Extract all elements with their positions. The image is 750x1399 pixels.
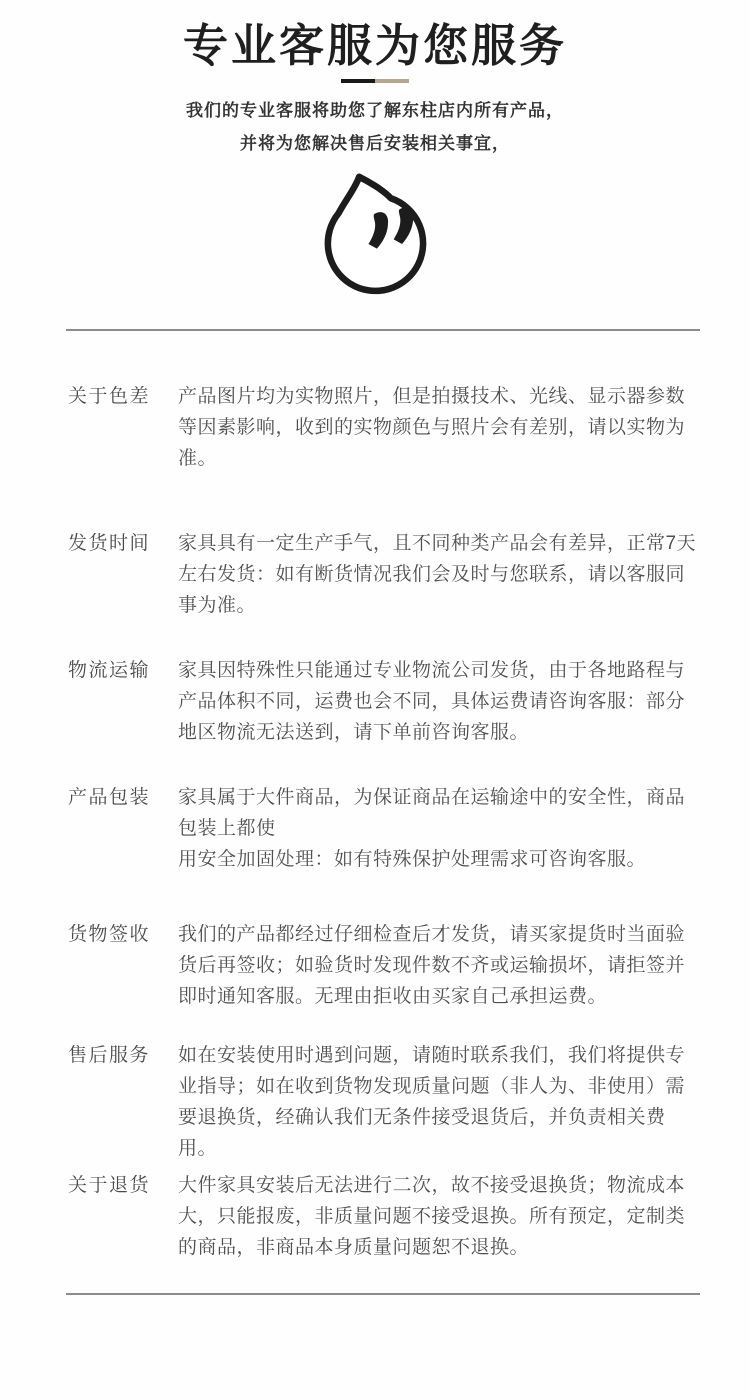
section-label: 产品包装 — [68, 782, 178, 813]
section-label: 货物签收 — [68, 919, 178, 950]
subtitle-line-1: 我们的专业客服将助您了解东柱店内所有产品， — [0, 94, 750, 127]
section-shipping-time: 发货时间 家具具有一定生产手气，且不同种类产品会有差异，正常7天左右发货：如有断… — [68, 528, 698, 621]
section-logistics: 物流运输 家具因特殊性只能通过专业物流公司发货，由于各地路程与产品体积不同，运费… — [68, 655, 698, 748]
section-paragraph: 产品图片均为实物照片，但是拍摄技术、光线、显示器参数等因素影响，收到的实物颜色与… — [178, 381, 698, 474]
service-notes-list: 关于色差 产品图片均为实物照片，但是拍摄技术、光线、显示器参数等因素影响，收到的… — [0, 381, 750, 1263]
section-text: 大件家具安装后无法进行二次，故不接受退换货；物流成本大，只能报废，非质量问题不接… — [178, 1170, 698, 1263]
section-text: 产品图片均为实物照片，但是拍摄技术、光线、显示器参数等因素影响，收到的实物颜色与… — [178, 381, 698, 474]
section-text: 如在安装使用时遇到问题，请随时联系我们，我们将提供专业指导；如在收到货物发现质量… — [178, 1040, 698, 1164]
section-label: 物流运输 — [68, 655, 178, 686]
decoration-dark-segment — [341, 79, 375, 83]
section-after-sales: 售后服务 如在安装使用时遇到问题，请随时联系我们，我们将提供专业指导；如在收到货… — [68, 1040, 698, 1164]
speech-bubble-icon — [305, 167, 445, 307]
bottom-divider — [66, 1293, 700, 1295]
section-text: 家具具有一定生产手气，且不同种类产品会有差异，正常7天左右发货：如有断货情况我们… — [178, 528, 698, 621]
page-title: 专业客服为您服务 — [0, 0, 750, 74]
section-goods-receipt: 货物签收 我们的产品都经过仔细检查后才发货，请买家提货时当面验货后再签收；如验货… — [68, 919, 698, 1012]
top-divider — [66, 329, 700, 331]
section-paragraph: 我们的产品都经过仔细检查后才发货，请买家提货时当面验货后再签收；如验货时发现件数… — [178, 919, 698, 1012]
section-paragraph: 家具具有一定生产手气，且不同种类产品会有差异，正常7天左右发货：如有断货情况我们… — [178, 528, 698, 621]
section-paragraph: 家具属于大件商品，为保证商品在运输途中的安全性，商品包装上都使 — [178, 782, 698, 844]
section-text: 家具因特殊性只能通过专业物流公司发货，由于各地路程与产品体积不同，运费也会不同，… — [178, 655, 698, 748]
decoration-tan-segment — [375, 79, 409, 83]
section-label: 关于色差 — [68, 381, 178, 412]
subtitle-line-2: 并将为您解决售后安装相关事宜， — [0, 127, 750, 160]
speech-bubble-svg — [305, 167, 445, 307]
section-color-difference: 关于色差 产品图片均为实物照片，但是拍摄技术、光线、显示器参数等因素影响，收到的… — [68, 381, 698, 474]
page-subtitle: 我们的专业客服将助您了解东柱店内所有产品， 并将为您解决售后安装相关事宜， — [0, 94, 750, 160]
section-paragraph: 家具因特殊性只能通过专业物流公司发货，由于各地路程与产品体积不同，运费也会不同，… — [178, 655, 698, 748]
section-text: 我们的产品都经过仔细检查后才发货，请买家提货时当面验货后再签收；如验货时发现件数… — [178, 919, 698, 1012]
section-text: 家具属于大件商品，为保证商品在运输途中的安全性，商品包装上都使 用安全加固处理：… — [178, 782, 698, 875]
title-underline-decoration — [341, 79, 409, 83]
section-packaging: 产品包装 家具属于大件商品，为保证商品在运输途中的安全性，商品包装上都使 用安全… — [68, 782, 698, 875]
section-paragraph: 如在安装使用时遇到问题，请随时联系我们，我们将提供专业指导；如在收到货物发现质量… — [178, 1040, 698, 1164]
section-paragraph: 大件家具安装后无法进行二次，故不接受退换货；物流成本大，只能报废，非质量问题不接… — [178, 1170, 698, 1263]
section-paragraph: 用安全加固处理：如有特殊保护处理需求可咨询客服。 — [178, 844, 698, 875]
section-label: 售后服务 — [68, 1040, 178, 1071]
section-returns: 关于退货 大件家具安装后无法进行二次，故不接受退换货；物流成本大，只能报废，非质… — [68, 1170, 698, 1263]
customer-service-page: 专业客服为您服务 我们的专业客服将助您了解东柱店内所有产品， 并将为您解决售后安… — [0, 0, 750, 1295]
section-label: 发货时间 — [68, 528, 178, 559]
section-label: 关于退货 — [68, 1170, 178, 1201]
